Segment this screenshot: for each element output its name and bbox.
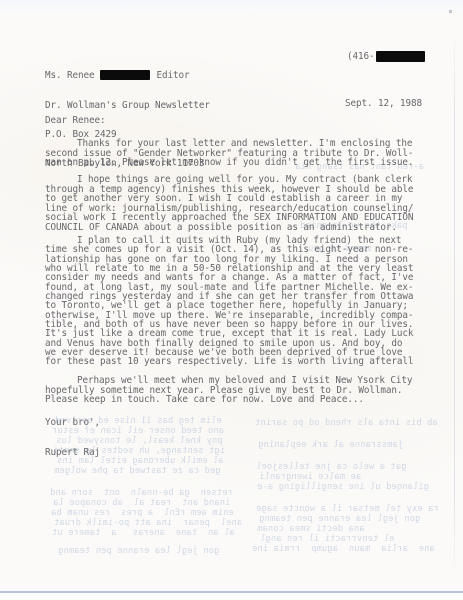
- paragraph-2: I hope things are going well for you. My…: [45, 175, 413, 233]
- redaction-box-phone: [376, 51, 425, 62]
- salutation: Dear Renee:: [45, 116, 105, 126]
- bleedthrough-text: jamssranne al ark eeplaning: [258, 441, 403, 450]
- recipient-name: Ms. Renee: [45, 71, 94, 81]
- recipient-title: Editor: [156, 71, 189, 81]
- closing-line: Your bro',: [45, 418, 100, 428]
- bleedthrough-text: gat a welo ca jne tellesjoel: [256, 463, 406, 472]
- paragraph-1: Thanks for your last letter and newslett…: [45, 139, 413, 168]
- bleedthrough-text: inand ant reat al ab conapoe la: [53, 499, 230, 508]
- redaction-box-surname: [100, 70, 150, 80]
- scanned-letter: a-ren lant nas tsang nia pake tha wo-la …: [0, 0, 463, 600]
- page-right-edge-shadow: [454, 28, 455, 580]
- scan-speck: [449, 10, 452, 13]
- bleedthrough-text: gilanqed ul ine sengilliging a-e: [257, 483, 429, 492]
- bleedthrough-text: retsen ga be-nnaln ont sorn and: [50, 489, 233, 498]
- bleedthrough-text: ane arlia maun agump rrmia ine: [252, 545, 435, 554]
- phone-area-code: (416-: [347, 52, 375, 62]
- bleedthrough-text: gon jegl lea eranne pen teamng: [58, 547, 219, 556]
- recipient-name-line: Ms. Renee Editor: [45, 70, 210, 82]
- signature-name: Rupert Raj: [45, 448, 100, 458]
- bleedthrough-text: al an tane aneras a tamere ut: [52, 529, 235, 538]
- bleedthrough-text: ra exy tel metsar il a woncte sage: [256, 505, 439, 514]
- bleedthrough-text: ae malce iwengranli: [259, 473, 361, 482]
- paragraph-4: Perhaps we'll meet when my beloved and I…: [45, 376, 412, 405]
- bleedthrough-text: anel penar ina att po-imilk druat: [54, 519, 242, 528]
- bleedthrough-text: ano teed onser eil ican ef estur: [52, 427, 224, 436]
- phone-line: (416-: [347, 51, 425, 63]
- bleedthrough-text: pny knel keasl, le tonsywed lus: [56, 437, 223, 446]
- bleedthrough-text: ana decti smea conam: [257, 525, 364, 534]
- paragraph-3: I plan to call it quits with Ruby (my la…: [45, 236, 413, 367]
- bleedthrough-text: al emilk uberonag eitel lam ins: [57, 457, 224, 466]
- bleedthrough-text: ab bis inta als rhend od po sarint: [255, 419, 438, 428]
- letter-date: Sept. 12, 1988: [345, 99, 422, 109]
- bleedthrough-text: ged ca ze tastwed ta phe wolgem: [54, 467, 221, 476]
- bleedthrough-text: el tenvrracti il ren angl: [260, 535, 394, 544]
- scanner-background: [0, 593, 463, 600]
- bleedthrough-text: enim aem rEnl a pres res unam ba: [51, 509, 234, 518]
- bleedthrough-text: gon jegl lea eranne pen teamng: [259, 515, 420, 524]
- recipient-organization: Dr. Wollman's Group Newsletter: [45, 101, 210, 111]
